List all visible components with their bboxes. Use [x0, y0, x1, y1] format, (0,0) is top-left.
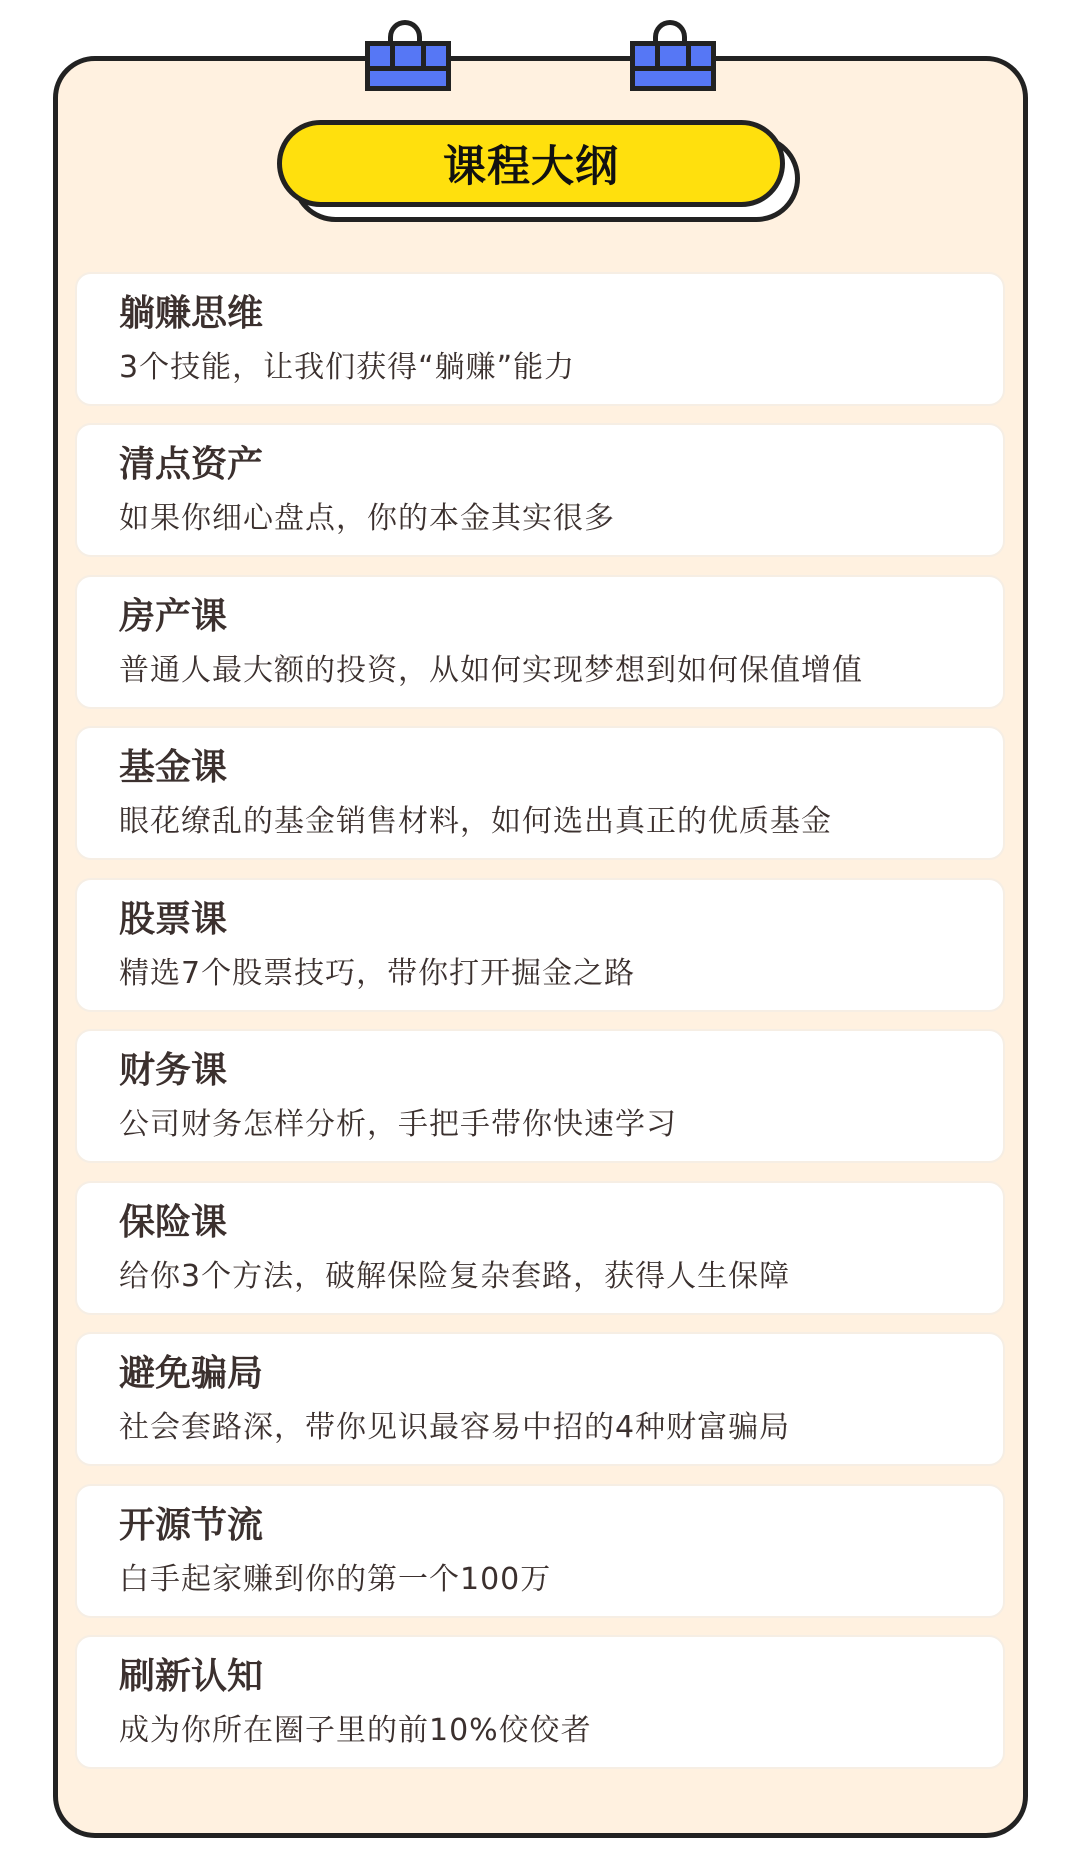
item-subtitle: 精选7个股票技巧，带你打开掘金之路 [119, 952, 635, 996]
binder-clip-icon [630, 20, 716, 92]
item-subtitle: 白手起家赚到你的第一个100万 [119, 1558, 551, 1602]
syllabus-item[interactable]: 开源节流 白手起家赚到你的第一个100万 [75, 1484, 1005, 1618]
syllabus-item[interactable]: 清点资产 如果你细心盘点，你的本金其实很多 [75, 423, 1005, 557]
syllabus-item[interactable]: 基金课 眼花缭乱的基金销售材料，如何选出真正的优质基金 [75, 726, 1005, 860]
item-subtitle: 公司财务怎样分析，手把手带你快速学习 [119, 1103, 677, 1147]
item-title: 基金课 [119, 744, 227, 792]
item-title: 开源节流 [119, 1502, 263, 1550]
item-title: 股票课 [119, 896, 227, 944]
item-title: 避免骗局 [119, 1350, 263, 1398]
syllabus-item[interactable]: 房产课 普通人最大额的投资，从如何实现梦想到如何保值增值 [75, 575, 1005, 709]
item-title: 保险课 [119, 1199, 227, 1247]
item-title: 房产课 [119, 593, 227, 641]
binder-clip-icon [365, 20, 451, 92]
syllabus-item[interactable]: 保险课 给你3个方法，破解保险复杂套路，获得人生保障 [75, 1181, 1005, 1315]
item-title: 刷新认知 [119, 1653, 263, 1701]
syllabus-item[interactable]: 财务课 公司财务怎样分析，手把手带你快速学习 [75, 1029, 1005, 1163]
syllabus-item[interactable]: 股票课 精选7个股票技巧，带你打开掘金之路 [75, 878, 1005, 1012]
item-title: 清点资产 [119, 441, 263, 489]
syllabus-item[interactable]: 刷新认知 成为你所在圈子里的前10%佼佼者 [75, 1635, 1005, 1769]
item-subtitle: 眼花缭乱的基金销售材料，如何选出真正的优质基金 [119, 800, 832, 844]
page-title: 课程大纲 [443, 133, 619, 194]
item-subtitle: 如果你细心盘点，你的本金其实很多 [119, 497, 615, 541]
item-subtitle: 成为你所在圈子里的前10%佼佼者 [119, 1709, 592, 1753]
item-title: 财务课 [119, 1047, 227, 1095]
syllabus-item[interactable]: 避免骗局 社会套路深，带你见识最容易中招的4种财富骗局 [75, 1332, 1005, 1466]
item-title: 躺赚思维 [119, 290, 263, 338]
item-subtitle: 给你3个方法，破解保险复杂套路，获得人生保障 [119, 1255, 790, 1299]
title-pill: 课程大纲 [277, 120, 785, 207]
item-subtitle: 3个技能，让我们获得“躺赚”能力 [119, 346, 575, 390]
item-subtitle: 普通人最大额的投资，从如何实现梦想到如何保值增值 [119, 649, 863, 693]
item-subtitle: 社会套路深，带你见识最容易中招的4种财富骗局 [119, 1406, 790, 1450]
syllabus-item[interactable]: 躺赚思维 3个技能，让我们获得“躺赚”能力 [75, 272, 1005, 406]
